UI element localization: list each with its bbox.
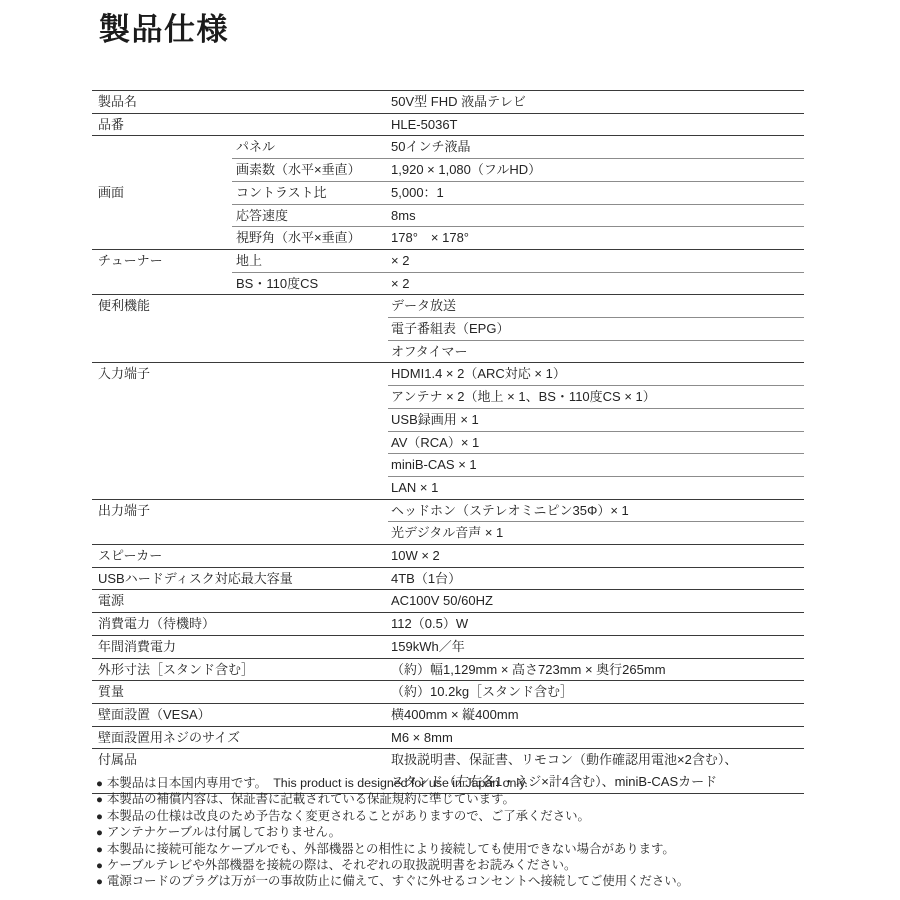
spec-row: スピーカー10W × 2 (92, 545, 804, 568)
spec-sheet-page: 製品仕様 製品名50V型 FHD 液晶テレビ品番HLE-5036T画面パネル50… (0, 0, 900, 900)
spec-value: HDMI1.4 × 2（ARC対応 × 1） (388, 363, 804, 386)
note-item: ●ケーブルテレビや外部機器を接続の際は、それぞれの取扱説明書をお読みください。 (96, 858, 812, 874)
spec-category: 品番 (92, 113, 388, 136)
bullet-icon: ● (96, 860, 103, 872)
spec-sublabel: 視野角（水平×垂直） (232, 227, 388, 250)
spec-category: 便利機能 (92, 295, 388, 363)
spec-category: 電源 (92, 590, 388, 613)
spec-value: M6 × 8mm (388, 726, 804, 749)
spec-sublabel: 画素数（水平×垂直） (232, 159, 388, 182)
note-text: 本製品の仕様は改良のため予告なく変更されることがありますので、ご了承ください。 (107, 809, 590, 823)
spec-value: 50V型 FHD 液晶テレビ (388, 91, 804, 114)
spec-category: 外形寸法［スタンド含む］ (92, 658, 388, 681)
spec-row: 便利機能データ放送 (92, 295, 804, 318)
spec-row: 消費電力（待機時）112（0.5）W (92, 613, 804, 636)
spec-row: USBハードディスク対応最大容量4TB（1台） (92, 567, 804, 590)
spec-category: スピーカー (92, 545, 388, 568)
spec-value: 112（0.5）W (388, 613, 804, 636)
bullet-icon: ● (96, 811, 103, 823)
spec-value: データ放送 (388, 295, 804, 318)
spec-sublabel: コントラスト比 (232, 181, 388, 204)
spec-sublabel: BS・110度CS (232, 272, 388, 295)
spec-sublabel: 地上 (232, 249, 388, 272)
spec-row: 画面パネル50インチ液晶 (92, 136, 804, 159)
spec-category: チューナー (92, 249, 232, 294)
spec-value: 横400mm × 縦400mm (388, 703, 804, 726)
spec-value: 50インチ液晶 (388, 136, 804, 159)
spec-value: 10W × 2 (388, 545, 804, 568)
note-text: 本製品は日本国内専用です。 This product is designed f… (107, 776, 528, 790)
spec-category: 製品名 (92, 91, 388, 114)
spec-value: 5,000：1 (388, 181, 804, 204)
spec-row: 電源AC100V 50/60HZ (92, 590, 804, 613)
spec-value: AC100V 50/60HZ (388, 590, 804, 613)
spec-value: 4TB（1台） (388, 567, 804, 590)
spec-category: 壁面設置用ネジのサイズ (92, 726, 388, 749)
note-item: ●アンテナケーブルは付属しておりません。 (96, 825, 812, 841)
note-text: ケーブルテレビや外部機器を接続の際は、それぞれの取扱説明書をお読みください。 (107, 858, 576, 872)
spec-row: 品番HLE-5036T (92, 113, 804, 136)
bullet-icon: ● (96, 794, 103, 806)
spec-category: 入力端子 (92, 363, 388, 499)
spec-value: 159kWh／年 (388, 635, 804, 658)
spec-category: 画面 (92, 136, 232, 250)
spec-value: オフタイマー (388, 340, 804, 363)
bullet-icon: ● (96, 778, 103, 790)
spec-value: アンテナ × 2（地上 × 1、BS・110度CS × 1） (388, 386, 804, 409)
spec-category: 質量 (92, 681, 388, 704)
note-text: アンテナケーブルは付属しておりません。 (107, 825, 341, 839)
spec-value: （約）10.2kg［スタンド含む］ (388, 681, 804, 704)
bullet-icon: ● (96, 844, 103, 856)
spec-row: 入力端子HDMI1.4 × 2（ARC対応 × 1） (92, 363, 804, 386)
spec-value: ヘッドホン（ステレオミニピン35Φ）× 1 (388, 499, 804, 522)
note-item: ●本製品は日本国内専用です。 This product is designed … (96, 776, 812, 792)
spec-value: × 2 (388, 249, 804, 272)
spec-value: LAN × 1 (388, 476, 804, 499)
spec-category: 壁面設置（VESA） (92, 703, 388, 726)
spec-row: 外形寸法［スタンド含む］（約）幅1,129mm × 高さ723mm × 奥行26… (92, 658, 804, 681)
spec-category: 年間消費電力 (92, 635, 388, 658)
spec-value: 178° × 178° (388, 227, 804, 250)
note-text: 本製品の補償内容は、保証書に記載されている保証規約に準じています。 (107, 792, 515, 806)
spec-value: 電子番組表（EPG） (388, 318, 804, 341)
spec-row: 壁面設置用ネジのサイズM6 × 8mm (92, 726, 804, 749)
spec-value: 8ms (388, 204, 804, 227)
bullet-icon: ● (96, 827, 103, 839)
spec-value: 光デジタル音声 × 1 (388, 522, 804, 545)
spec-value: （約）幅1,129mm × 高さ723mm × 奥行265mm (388, 658, 804, 681)
spec-sublabel: パネル (232, 136, 388, 159)
spec-row: 壁面設置（VESA）横400mm × 縦400mm (92, 703, 804, 726)
spec-value: × 2 (388, 272, 804, 295)
note-item: ●本製品に接続可能なケーブルでも、外部機器との相性により接続しても使用できない場… (96, 842, 812, 858)
spec-category: 出力端子 (92, 499, 388, 544)
spec-table-body: 製品名50V型 FHD 液晶テレビ品番HLE-5036T画面パネル50インチ液晶… (92, 91, 804, 794)
spec-value: miniB-CAS × 1 (388, 454, 804, 477)
spec-value: 1,920 × 1,080（フルHD） (388, 159, 804, 182)
spec-value: USB録画用 × 1 (388, 408, 804, 431)
spec-value: AV（RCA）× 1 (388, 431, 804, 454)
note-item: ●本製品の補償内容は、保証書に記載されている保証規約に準じています。 (96, 792, 812, 808)
spec-value: HLE-5036T (388, 113, 804, 136)
page-title: 製品仕様 (99, 4, 229, 49)
spec-row: チューナー地上× 2 (92, 249, 804, 272)
note-item: ●電源コードのプラグは万が一の事故防止に備えて、すぐに外せるコンセントへ接続して… (96, 874, 812, 890)
note-text: 電源コードのプラグは万が一の事故防止に備えて、すぐに外せるコンセントへ接続してご… (107, 874, 689, 888)
spec-row: 出力端子ヘッドホン（ステレオミニピン35Φ）× 1 (92, 499, 804, 522)
spec-row: 年間消費電力159kWh／年 (92, 635, 804, 658)
spec-category: 消費電力（待機時） (92, 613, 388, 636)
note-item: ●本製品の仕様は改良のため予告なく変更されることがありますので、ご了承ください。 (96, 809, 812, 825)
bullet-icon: ● (96, 876, 103, 888)
spec-sublabel: 応答速度 (232, 204, 388, 227)
notes-list: ●本製品は日本国内専用です。 This product is designed … (96, 776, 812, 891)
spec-row: 質量（約）10.2kg［スタンド含む］ (92, 681, 804, 704)
spec-table: 製品名50V型 FHD 液晶テレビ品番HLE-5036T画面パネル50インチ液晶… (92, 90, 804, 794)
spec-row: 製品名50V型 FHD 液晶テレビ (92, 91, 804, 114)
spec-category: USBハードディスク対応最大容量 (92, 567, 388, 590)
note-text: 本製品に接続可能なケーブルでも、外部機器との相性により接続しても使用できない場合… (107, 842, 675, 856)
